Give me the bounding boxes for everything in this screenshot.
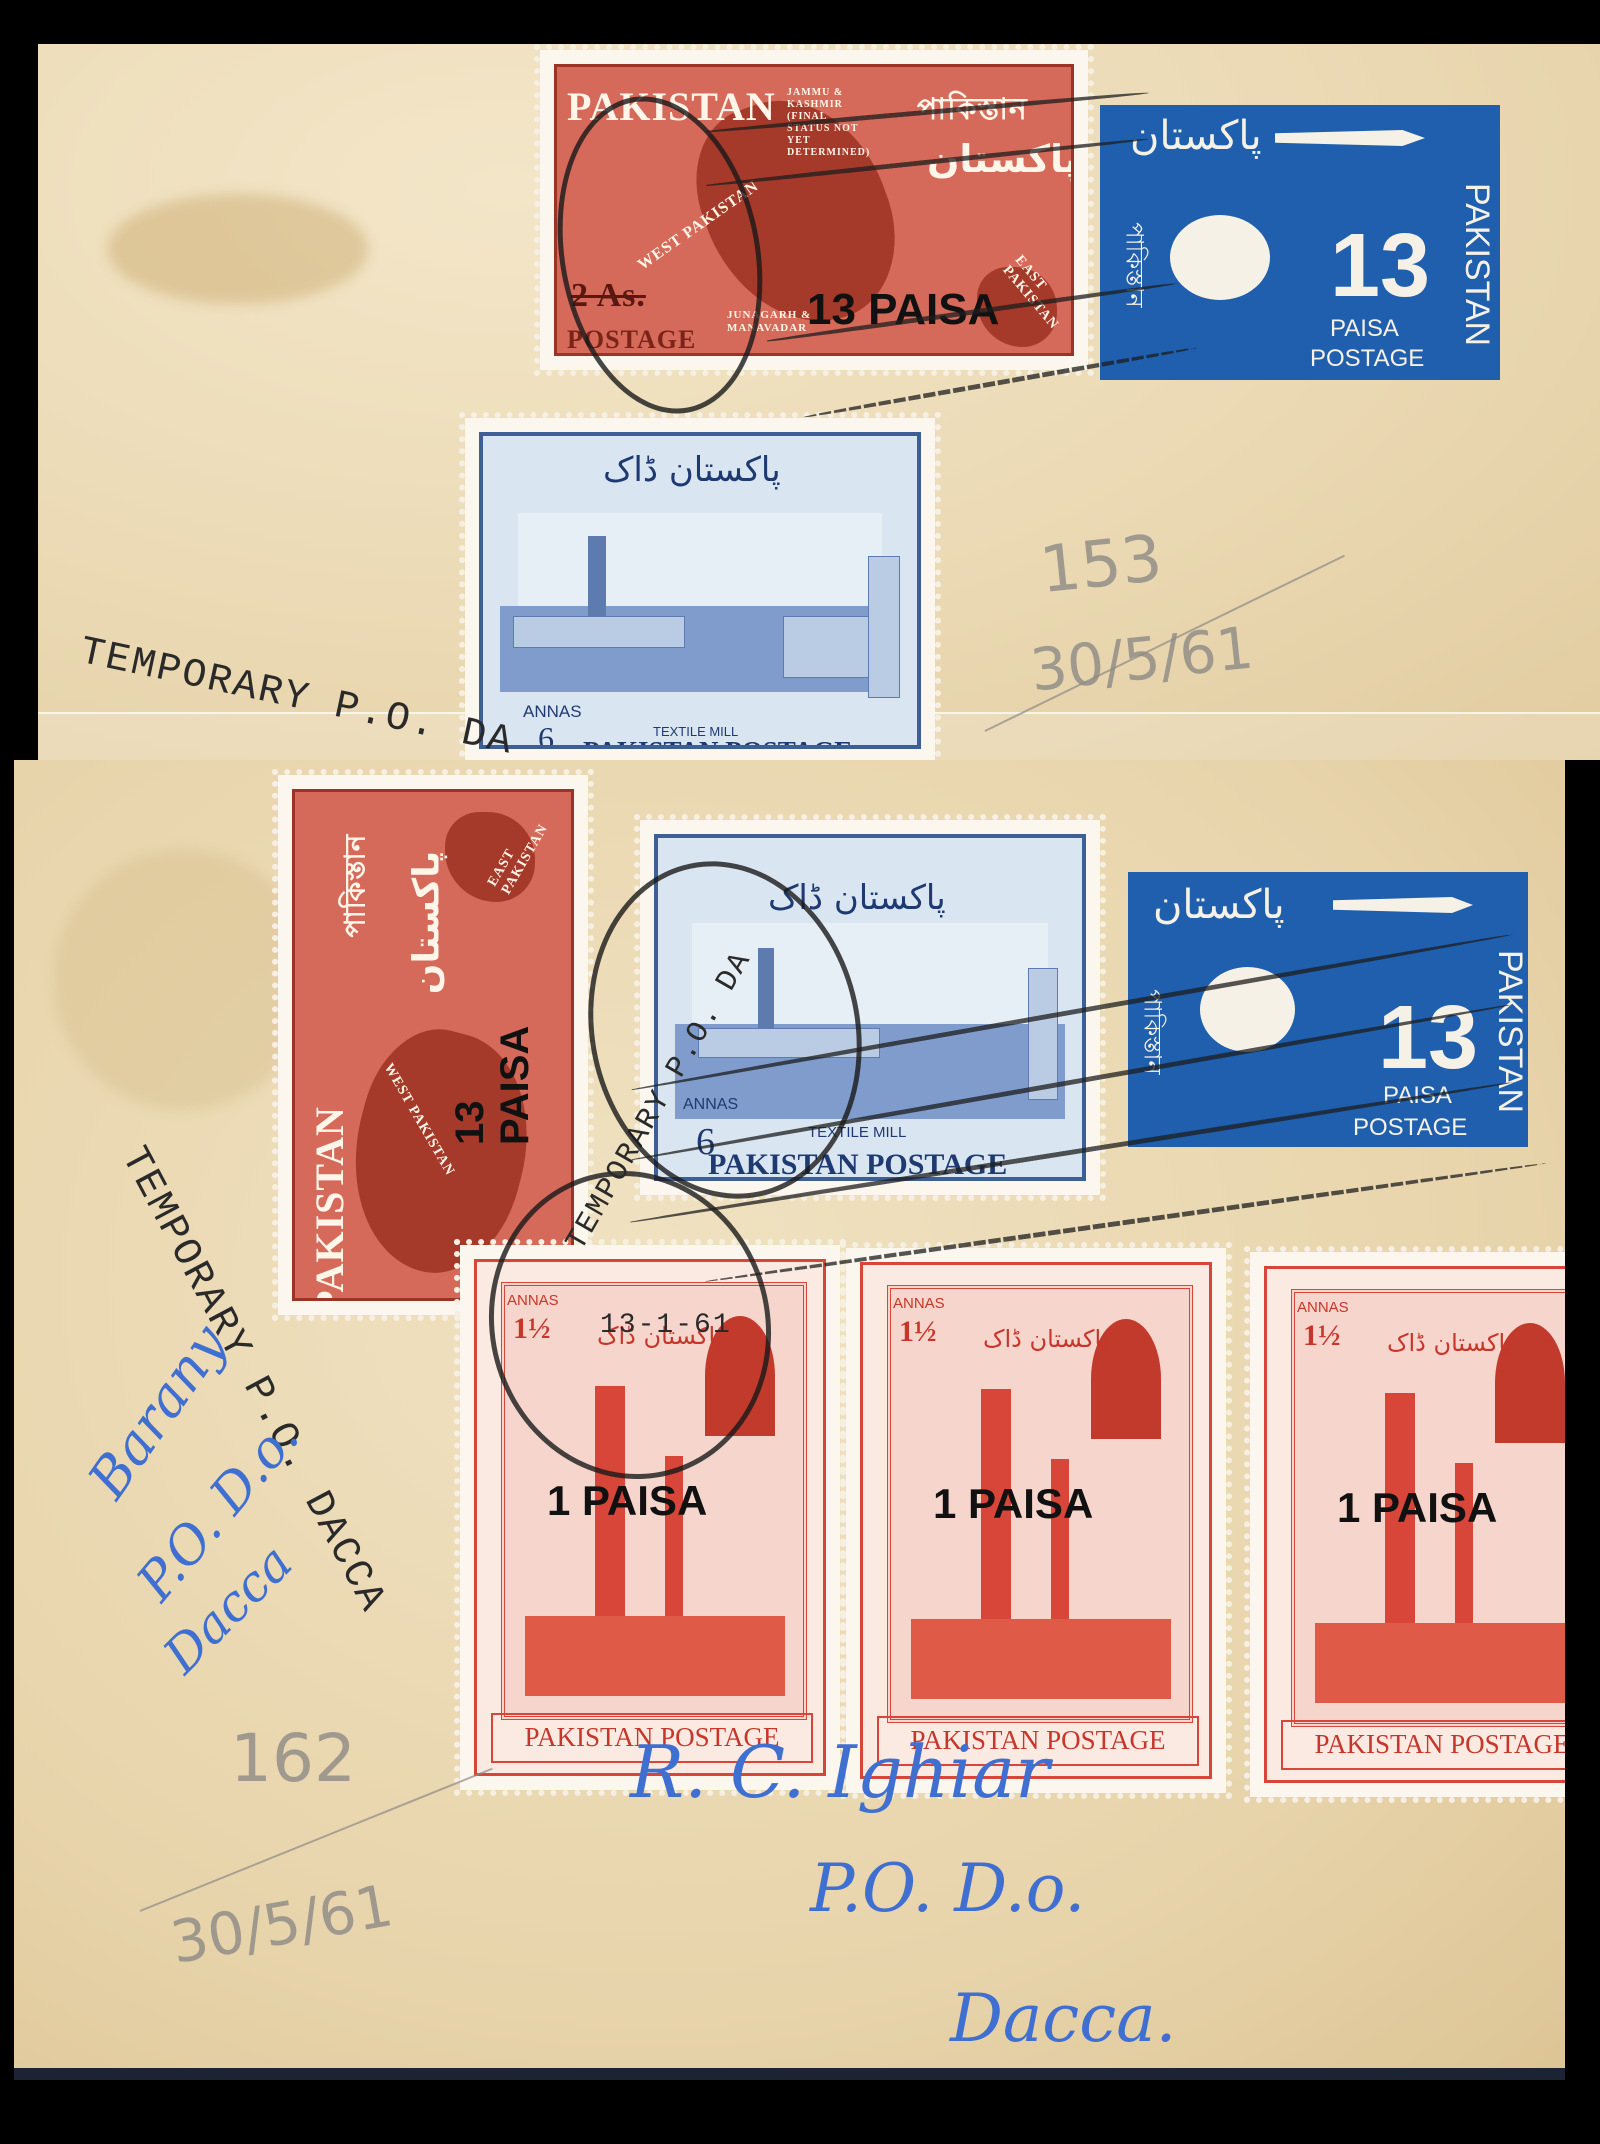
- mill-value: 6: [538, 720, 554, 749]
- cover-bottom-edge: [14, 2068, 1600, 2080]
- mill-tower: [868, 556, 900, 698]
- bengali-name: পাকিস্তান: [333, 834, 380, 938]
- indicium-country: PAKISTAN: [1457, 183, 1496, 346]
- surcharge-overprint: 1 PAISA: [547, 1477, 707, 1525]
- indicium-country: PAKISTAN: [1490, 950, 1529, 1113]
- surcharge-overprint: 13 PAISA: [448, 989, 538, 1145]
- stamp-sky: [518, 513, 883, 606]
- mill-building: [513, 616, 685, 648]
- mill-urdu-title: پاکستان ڈاک: [603, 450, 781, 490]
- stamp-country-label: PAKISTAN: [306, 1106, 353, 1301]
- mill-value-label: ANNAS: [523, 702, 582, 722]
- arrow-emblem: [1275, 130, 1425, 146]
- postmark-date: 13-1-61: [600, 1310, 732, 1341]
- photo-edge: [1565, 760, 1600, 2144]
- arrow-emblem: [1333, 897, 1473, 913]
- indicium-postage-label: POSTAGE: [1353, 1114, 1467, 1142]
- mosque-wall: [1315, 1623, 1575, 1703]
- indicium-value: 13: [1330, 215, 1430, 318]
- handwritten-addressee: R. C. Ighiar: [630, 1730, 1050, 1814]
- mosque-value: 1½: [1303, 1319, 1341, 1353]
- mosque-value-label: ANNAS: [893, 1295, 945, 1312]
- mill-footer: PAKISTAN POSTAGE: [583, 736, 852, 749]
- stamp-mosque-1-paisa: ANNAS 1½ پاکستان ڈاک 1 PAISA PAKISTAN PO…: [846, 1248, 1226, 1793]
- mosque-value: 1½: [899, 1315, 937, 1349]
- postal-stationery-indicium-top: پاکستان পাকিস্তান 13 PAISA POSTAGE PAKIS…: [1100, 105, 1500, 380]
- handwritten-city: Dacca.: [950, 1980, 1177, 2057]
- surcharge-overprint: 1 PAISA: [1337, 1484, 1497, 1532]
- photo-frame: PAKISTAN পাকিস্তান پاکستان JAMMU & KASHM…: [0, 0, 1600, 2144]
- handwritten-po: P.O. D.o.: [810, 1850, 1085, 1927]
- stamp-mosque-1-paisa: ANNAS 1½ پاکستان ڈاک 1 PAISA PAKISTAN PO…: [1250, 1252, 1600, 1797]
- mosque-urdu-title: پاکستان ڈاک: [1387, 1329, 1512, 1357]
- mosque-urdu-title: پاکستان ڈاک: [983, 1325, 1108, 1353]
- cotton-boll-icon: [1170, 215, 1270, 300]
- surcharge-overprint: 1 PAISA: [933, 1480, 1093, 1528]
- indicium-urdu-name: پاکستان: [1130, 113, 1262, 159]
- indicium-postage-label: POSTAGE: [1310, 345, 1424, 373]
- paper-stain: [54, 850, 314, 1110]
- pencil-reference-number: 153: [1036, 522, 1165, 608]
- indicium-bengali-name: পাকিস্তান: [1113, 222, 1153, 307]
- pencil-reference-number: 162: [230, 1720, 356, 1797]
- mosque-wall: [911, 1619, 1171, 1699]
- postal-stationery-indicium-bottom: پاکستان পাকিস্তান 13 PAISA POSTAGE PAKIS…: [1128, 872, 1528, 1147]
- paper-stain: [108, 194, 368, 304]
- mill-tower: [1028, 968, 1058, 1100]
- mosque-wall: [525, 1616, 785, 1696]
- mosque-footer: PAKISTAN POSTAGE: [1281, 1720, 1600, 1770]
- indicium-value: 13: [1378, 987, 1478, 1090]
- stamp-textile-mill-top: پاکستان ڈاک ANNAS 6 TEXTILE MILL PAKISTA…: [465, 418, 935, 763]
- mosque-value-label: ANNAS: [1297, 1299, 1349, 1316]
- urdu-name: پاکستان: [406, 851, 447, 995]
- indicium-urdu-name: پاکستان: [1153, 882, 1285, 928]
- indicium-unit: PAISA: [1330, 315, 1399, 343]
